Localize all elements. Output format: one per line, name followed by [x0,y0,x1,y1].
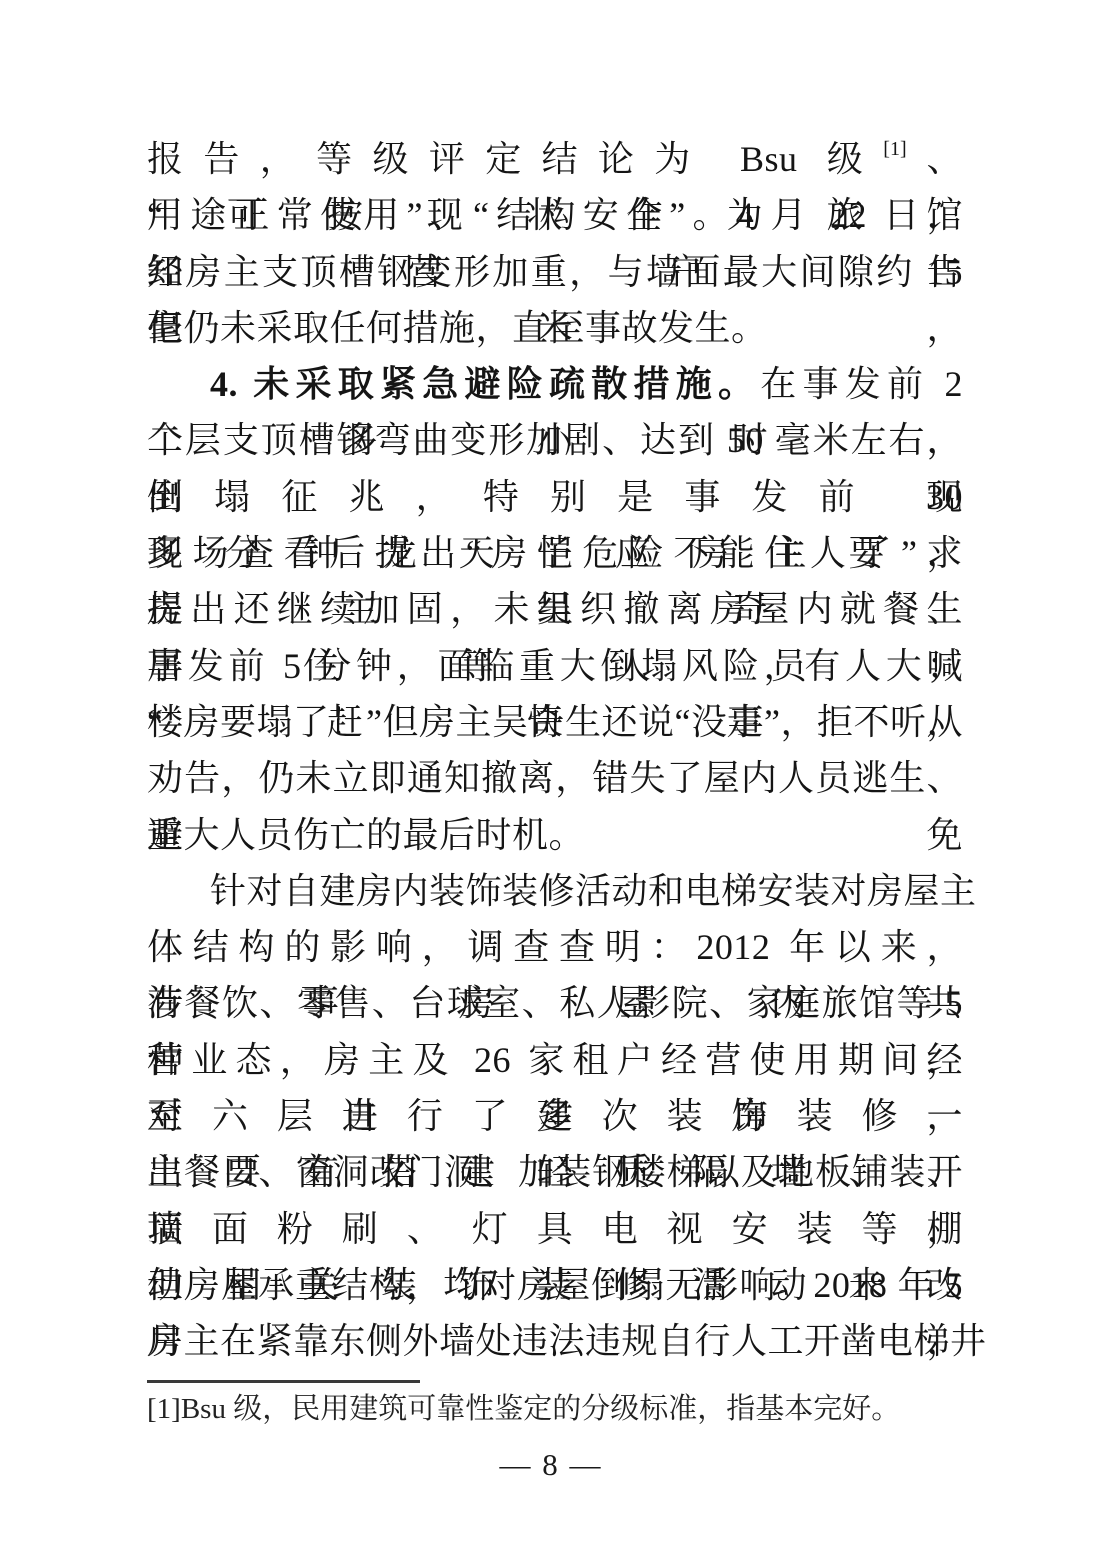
text-line: 现场查看后提出“房子危险不能住人了”，房主吴奇生 [147,525,963,581]
text-line: 知房主支顶槽钢变形加重，与墙面最大间隙约 15 毫米， [147,244,963,300]
text-line: 出餐口、窗洞改门洞、加装钢楼梯以及地板铺装、顶棚 [147,1144,963,1200]
page-number: — 8 — [0,1446,1102,1484]
footnote-ref-1: [1] [883,138,906,160]
line-text: 报告，等级评定结论为 Bsu 级 [147,139,883,179]
text-line: 墙面粉刷、灯具电视安装等，但相关装饰装修活动未改 [147,1201,963,1257]
text-line: 提出还继续加固，未组织撤离房屋内就餐、居住等人员； [147,581,963,637]
text-line: 二层支顶槽钢弯曲变形加剧、达到 50 毫米左右，出现 [147,412,963,468]
footnote-divider [147,1380,420,1383]
text-line: 营业态，房主及 26 家租户经营使用期间，对自建房一 [147,1032,963,1088]
text-line: 4. 未采取紧急避险疏散措施。在事发前 2 个多小时， [147,356,963,412]
text-line: 报告，等级评定结论为 Bsu 级[1]、“可按现状作为旅馆 [147,131,963,187]
paragraph-renovation-findings: 针对自建房内装饰装修活动和电梯安装对房屋主 体结构的影响，调查查明：2012 年… [147,863,963,1370]
text-line: 倒塌征兆，特别是事发前 30 多分钟龙天恺应房主要求 [147,469,963,525]
text-line: 房主在紧靠东侧外墙处违法违规自行人工开凿电梯井 [147,1313,963,1369]
text-line: 动房屋承重结构，均对房屋倒塌无影响。2018 年 5 月， [147,1257,963,1313]
paragraph-section-4: 4. 未采取紧急避险疏散措施。在事发前 2 个多小时， 二层支顶槽钢弯曲变形加剧… [147,356,963,863]
text-line: 事发前 5 分钟，面临重大倒塌风险，有人大喊“赶快走， [147,638,963,694]
text-line: 针对自建房内装饰装修活动和电梯安装对房屋主 [147,863,963,919]
text-line: 有餐饮、零售、台球室、私人影院、家庭旅馆等 5 种经 [147,975,963,1031]
paragraph-continued: 报告，等级评定结论为 Bsu 级[1]、“可按现状作为旅馆 用途正常使用”、“结… [147,131,963,356]
body-text: 报告，等级评定结论为 Bsu 级[1]、“可按现状作为旅馆 用途正常使用”、“结… [147,131,963,1370]
text-line: 至六层进行了多次装饰装修，主要有搭建轻质隔墙、开 [147,1088,963,1144]
footnote-text: [1]Bsu 级，民用建筑可靠性鉴定的分级标准，指基本完好。 [147,1389,963,1429]
text-line: 体结构的影响，调查查明：2012 年以来，涉事房屋内共 [147,919,963,975]
text-line: 劝告，仍未立即通知撤离，错失了屋内人员逃生、避免 [147,750,963,806]
section-4-heading: 4. 未采取紧急避险疏散措施。 [210,364,760,404]
text-line: 楼房要塌了！”但房主吴奇生还说“没事”，拒不听从 [147,694,963,750]
text-line: 用途正常使用”、“结构安全”。4 月 22 日，经营户告 [147,187,963,243]
document-page: 报告，等级评定结论为 Bsu 级[1]、“可按现状作为旅馆 用途正常使用”、“结… [0,0,1102,1559]
